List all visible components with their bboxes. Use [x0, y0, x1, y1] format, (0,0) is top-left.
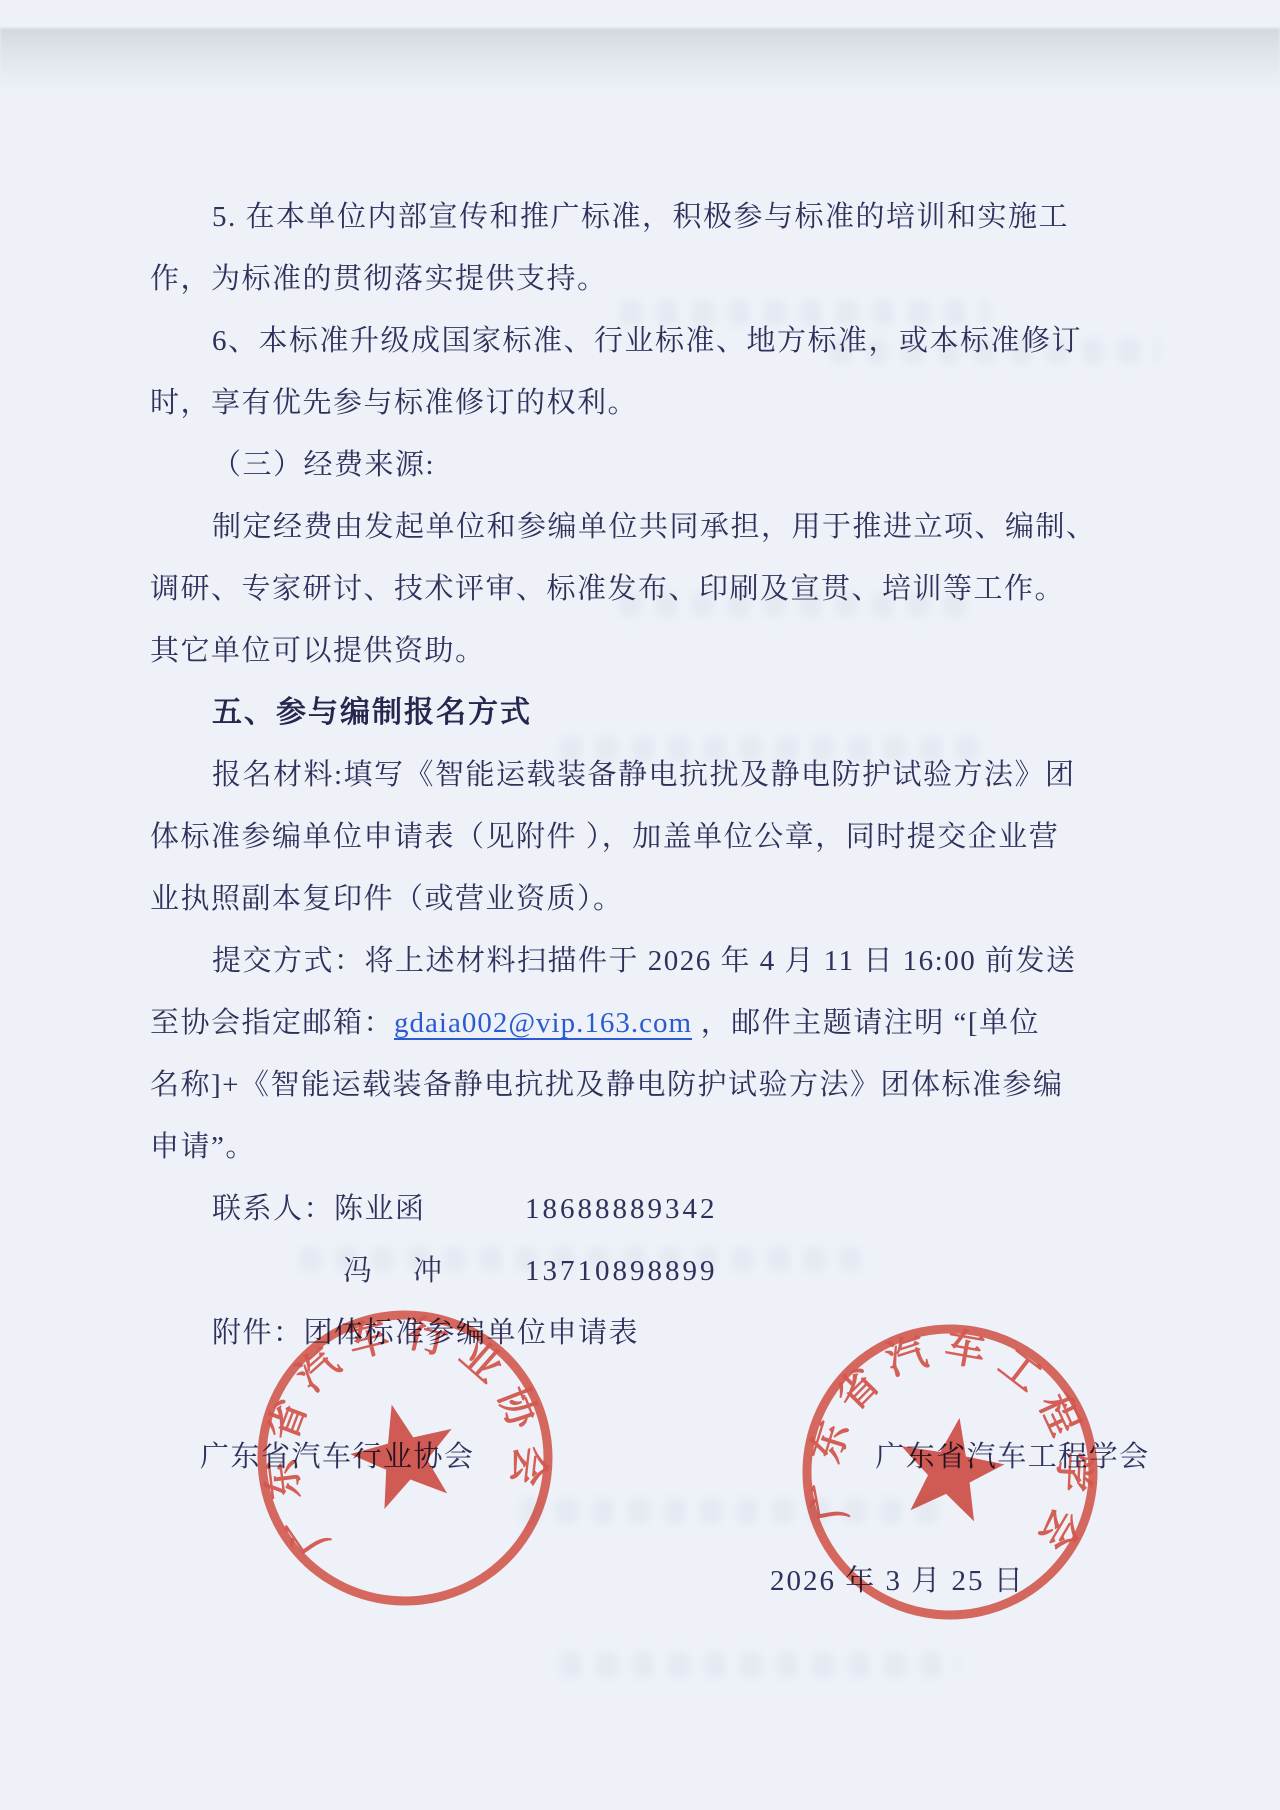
contact-row: 联系人：陈业函18688889342 — [150, 1178, 1010, 1240]
text-line: 申请”。 — [150, 1116, 1010, 1178]
scan-bleedthrough — [560, 1652, 960, 1678]
email-suffix: ，邮件主题请注明 “[单位 — [692, 1007, 1040, 1039]
star-icon — [891, 1409, 1011, 1525]
text-line: 其它单位可以提供资助。 — [150, 620, 1010, 682]
star-icon — [341, 1392, 467, 1514]
subsection-heading: （三）经费来源: — [150, 434, 1010, 496]
email-prefix: 至协会指定邮箱： — [150, 1007, 394, 1039]
text-line: 制定经费由发起单位和参编单位共同承担，用于推进立项、编制、 — [150, 496, 1010, 558]
scan-artifact-band — [0, 28, 1280, 92]
text-line: 体标准参编单位申请表（见附件 ），加盖单位公章，同时提交企业营 — [150, 806, 1010, 868]
official-seal-left: 广东省汽车行业协会 — [245, 1295, 565, 1621]
text-line: 作，为标准的贯彻落实提供支持。 — [150, 248, 1010, 310]
official-seal-right: 广东省汽车工程学会 — [790, 1309, 1110, 1635]
text-line: 提交方式：将上述材料扫描件于 2026 年 4 月 11 日 16:00 前发送 — [150, 930, 1010, 992]
text-line: 6、本标准升级成国家标准、行业标准、地方标准，或本标准修订 — [150, 310, 1010, 372]
scanned-document-page: 5. 在本单位内部宣传和推广标准，积极参与标准的培训和实施工 作，为标准的贯彻落… — [0, 0, 1280, 1810]
contact-name: 冯 冲 — [212, 1240, 525, 1302]
text-line: 调研、专家研讨、技术评审、标准发布、印刷及宣贯、培训等工作。 — [150, 558, 1010, 620]
contact-phone: 13710898899 — [525, 1255, 718, 1287]
email-link[interactable]: gdaia002@vip.163.com — [394, 1007, 692, 1039]
text-line: 时，享有优先参与标准修订的权利。 — [150, 372, 1010, 434]
contact-name: 联系人：陈业函 — [212, 1178, 525, 1240]
text-line: 名称]+《智能运载装备静电抗扰及静电防护试验方法》团体标准参编 — [150, 1054, 1010, 1116]
contact-row: 冯 冲13710898899 — [150, 1240, 1010, 1302]
contact-person: 陈业函 — [334, 1193, 426, 1225]
email-line: 至协会指定邮箱：gdaia002@vip.163.com ，邮件主题请注明 “[… — [150, 992, 1010, 1054]
text-line: 业执照副本复印件（或营业资质）。 — [150, 868, 1010, 930]
contact-label: 联系人： — [212, 1193, 334, 1225]
section-heading: 五、参与编制报名方式 — [150, 682, 1010, 744]
contact-phone: 18688889342 — [525, 1193, 718, 1225]
text-line: 报名材料:填写《智能运载装备静电抗扰及静电防护试验方法》团 — [150, 744, 1010, 806]
text-line: 5. 在本单位内部宣传和推广标准，积极参与标准的培训和实施工 — [150, 186, 1010, 248]
